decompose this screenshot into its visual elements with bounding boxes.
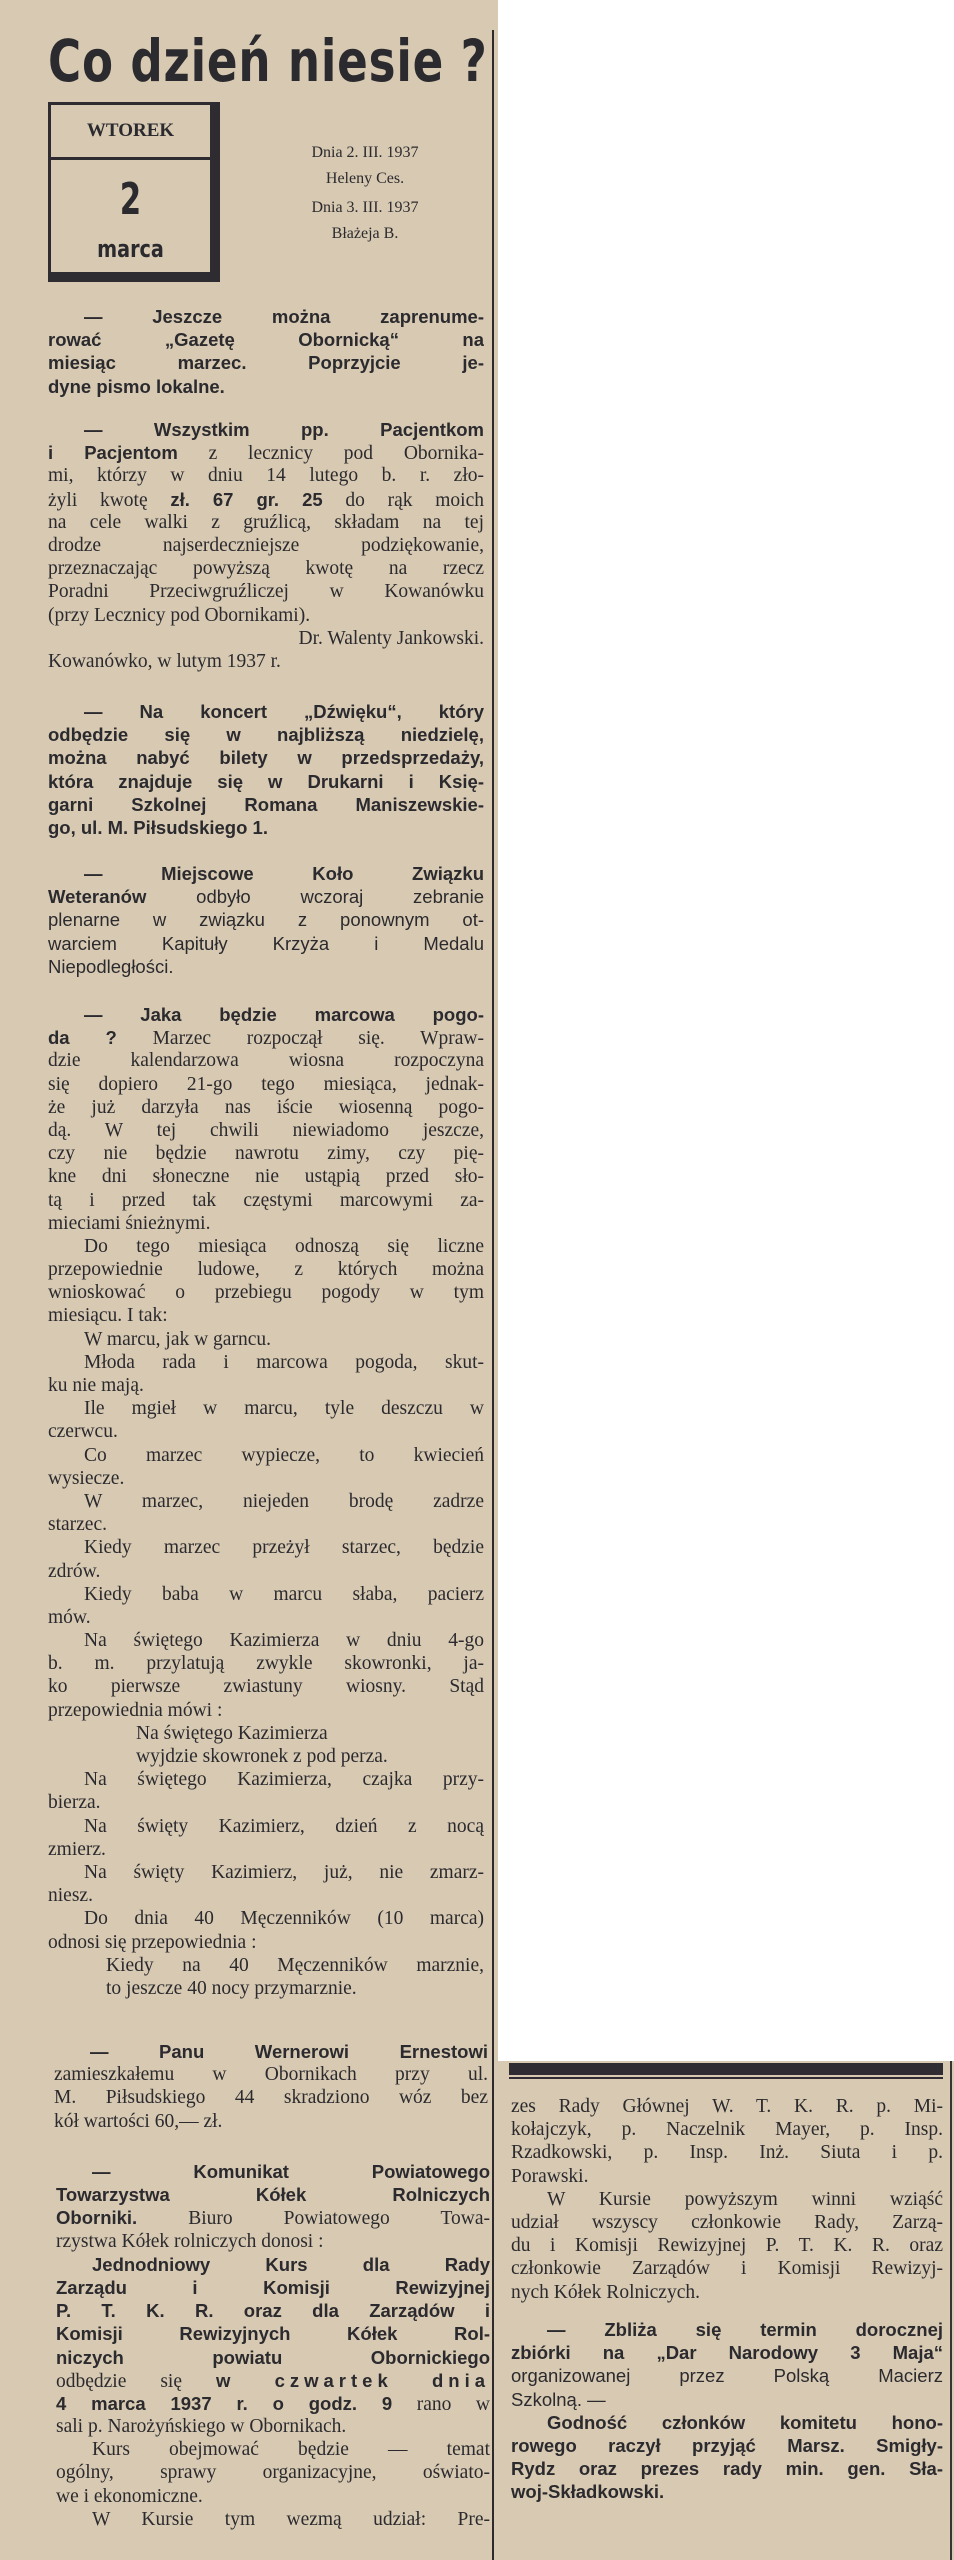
article-line: Porawski. — [511, 2165, 943, 2188]
article-line: kół wartości 60,— zł. — [54, 2110, 488, 2133]
event-date: 4 marca 1937 r. o godz. 9 — [56, 2393, 392, 2414]
proverb-line: bierza. — [48, 1791, 484, 1814]
article-line: Zarządu i Komisji Rewizyjnej — [56, 2276, 490, 2299]
proverb-line: zdrów. — [48, 1560, 484, 1583]
article-line: kne dni słoneczne nie ustąpią przed sło- — [48, 1165, 484, 1188]
article-line: drodze najserdeczniejsze podziękowanie, — [48, 534, 484, 557]
column-border-right — [950, 2061, 952, 2560]
text-fragment: odbyło wczoraj zebranie — [146, 886, 484, 907]
article-line: ogólny, sprawy organizacyjne, oświato- — [56, 2461, 490, 2484]
article-line: Do tego miesiąca odnoszą się liczne — [48, 1235, 484, 1258]
calendar-day-number: 2 — [75, 175, 186, 225]
article-line: się dopiero 21-go tego miesiąca, jednak- — [48, 1073, 484, 1096]
article-headline: — Miejscowe Koło Związku — [48, 862, 484, 885]
article-line: miesiącu. I tak: — [48, 1304, 484, 1327]
article-line: Rydz oraz prezes rady min. gen. Sła- — [511, 2457, 943, 2480]
text-fragment: Marzec rozpoczął się. Wpraw- — [117, 1028, 484, 1049]
name-day: Heleny Ces. — [270, 166, 460, 192]
article-subscription: — Jeszcze można zaprenume- rować „Gazetę… — [48, 305, 484, 398]
calendar-box: WTOREK 2 marca — [48, 102, 220, 282]
article-veterans: — Miejscowe Koło Związku Weteranów odbył… — [48, 862, 484, 978]
article-komunikat-continued: zes Rady Głównej W. T. K. R. p. Mi- koła… — [511, 2095, 943, 2304]
article-line: warciem Kapituły Krzyża i Medalu — [48, 932, 484, 955]
proverb-line: to jeszcze 40 nocy przymarznie. — [48, 1977, 484, 2000]
article-line: miesiąc marzec. Poprzyjcie je- — [48, 351, 484, 374]
article-line: zes Rady Głównej W. T. K. R. p. Mi- — [511, 2095, 943, 2118]
event-day: w czwartek dnia — [216, 2370, 490, 2391]
article-headline: Towarzystwa Kółek Rolniczych — [56, 2183, 490, 2206]
headline-fragment: i Pacjentom — [48, 442, 178, 463]
article-line: zamieszkałemu w Obornikach przy ul. — [54, 2063, 488, 2086]
headline-fragment: da ? — [48, 1027, 117, 1048]
amount: zł. 67 gr. 25 — [170, 489, 322, 510]
proverb-line: wysiecze. — [48, 1467, 484, 1490]
article-line: go, ul. M. Piłsudskiego 1. — [48, 816, 484, 839]
article-line: ko pierwsze zwiastuny wiosny. Stąd — [48, 1675, 484, 1698]
article-headline: — Komunikat Powiatowego — [56, 2160, 490, 2183]
article-line: wnioskować o przebiegu pogody w tym — [48, 1281, 484, 1304]
article-line: dzie kalendarzowa wiosna rozpoczyna — [48, 1049, 484, 1072]
article-line: (przy Lecznicy pod Obornikami). — [48, 604, 484, 627]
article-line: i Pacjentom z lecznicy pod Obornika- — [48, 441, 484, 464]
article-line: b. m. przylatują zwykle skowronki, ja- — [48, 1652, 484, 1675]
article-line: plenarne w związku z ponownym ot- — [48, 908, 484, 931]
name-day: Błażeja B. — [270, 221, 460, 247]
headline-fragment: Oborniki. — [56, 2207, 137, 2228]
text-fragment: do rąk moich — [323, 490, 484, 511]
article-line: 4 marca 1937 r. o godz. 9 rano w — [56, 2392, 490, 2415]
article-line: rzystwa Kółek rolniczych donosi : — [56, 2230, 490, 2253]
article-headline: — Zbliża się termin dorocznej — [511, 2318, 943, 2341]
proverb-line: starzec. — [48, 1513, 484, 1536]
article-line: woj-Składkowski. — [511, 2480, 943, 2503]
date-line: Dnia 2. III. 1937 — [270, 140, 460, 166]
article-line: Godność członków komitetu hono- — [511, 2411, 943, 2434]
article-line: niczych powiatu Obornickiego — [56, 2346, 490, 2369]
article-line: we i ekonomiczne. — [56, 2485, 490, 2508]
text-fragment: z lecznicy pod Obornika- — [178, 443, 484, 464]
proverb-line: W marcu, jak w garncu. — [48, 1328, 484, 1351]
article-line: dą. W tej chwili niewiadomo jeszcze, — [48, 1119, 484, 1142]
article-theft: — Panu Wernerowi Ernestowi zamieszkałemu… — [54, 2040, 488, 2133]
name-days: Dnia 2. III. 1937 Heleny Ces. Dnia 3. II… — [270, 140, 460, 247]
signature: Dr. Walenty Jankowski. — [48, 627, 484, 650]
article-line: Rzadkowski, p. Insp. Inż. Siuta i p. — [511, 2141, 943, 2164]
text-fragment: Biuro Powiatowego Towa- — [137, 2208, 490, 2229]
article-headline: — Jaka będzie marcowa pogo- — [48, 1003, 484, 1026]
article-line: organizowanej przez Polską Macierz — [511, 2364, 943, 2387]
article-line: Oborniki. Biuro Powiatowego Towa- — [56, 2206, 490, 2229]
text-fragment: , który — [397, 701, 484, 722]
article-line: przeznaczając powyższą kwotę na rzecz — [48, 557, 484, 580]
article-line: dyne pismo lokalne. — [48, 375, 484, 398]
calendar-weekday: WTOREK — [51, 105, 210, 160]
column-header-bar — [509, 2063, 943, 2075]
article-line: członkowie Zarządów i Komisji Rewizyj- — [511, 2257, 943, 2280]
article-line: nych Kółek Rolniczych. — [511, 2281, 943, 2304]
article-line: W Kursie powyższym winni wziąść — [511, 2188, 943, 2211]
article-line: Jednodniowy Kurs dla Rady — [56, 2253, 490, 2276]
article-line: tą i przed tak częstymi marcowymi za- — [48, 1189, 484, 1212]
article-line: da ? Marzec rozpoczął się. Wpraw- — [48, 1026, 484, 1049]
article-line: czy nie będzie nawrotu zimy, czy pię- — [48, 1142, 484, 1165]
article-line: garni Szkolnej Romana Maniszewskie- — [48, 793, 484, 816]
proverb-line: Na święty Kazimierz, już, nie zmarz- — [48, 1861, 484, 1884]
headline-fragment: — Na koncert „Dźwięku“ — [84, 701, 397, 722]
article-line: — Na koncert „Dźwięku“, który — [48, 700, 484, 723]
date-line: Dnia 3. III. 1937 — [270, 195, 460, 221]
article-line: rować „Gazetę Obornicką“ na — [48, 328, 484, 351]
article-line: du i Komisji Rewizyjnej P. T. K. R. oraz — [511, 2234, 943, 2257]
calendar-month: marca — [67, 235, 194, 263]
article-line: mieciami śnieżnymi. — [48, 1212, 484, 1235]
article-line: Niepodległości. — [48, 955, 484, 978]
article-line: żyli kwotę zł. 67 gr. 25 do rąk moich — [48, 488, 484, 511]
article-line: Szkolną. — — [511, 2388, 943, 2411]
proverb-line: mów. — [48, 1606, 484, 1629]
text-fragment: żyli kwotę — [48, 490, 170, 511]
article-line: na cele walki z gruźlicą, składam na tej — [48, 511, 484, 534]
article-dar-narodowy: — Zbliża się termin dorocznej zbiórki na… — [511, 2318, 943, 2504]
proverb-line: wyjdzie skowronek z pod perza. — [48, 1745, 484, 1768]
article-headline: — Wszystkim pp. Pacjentkom — [48, 418, 484, 441]
article-line: Weteranów odbyło wczoraj zebranie — [48, 885, 484, 908]
article-line: która znajduje się w Drukarni i Księ- — [48, 770, 484, 793]
article-line: Komisji Rewizyjnych Kółek Rol- — [56, 2322, 490, 2345]
article-komunikat: — Komunikat Powiatowego Towarzystwa Kółe… — [56, 2160, 490, 2531]
text-fragment: rano w — [392, 2394, 490, 2415]
proverb-line: Co marzec wypiecze, to kwiecień — [48, 1444, 484, 1467]
proverb-line: Na świętego Kazimierza, czajka przy- — [48, 1768, 484, 1791]
proverb-line: ku nie mają. — [48, 1374, 484, 1397]
article-line: kołajczyk, p. Naczelnik Mayer, p. Insp. — [511, 2118, 943, 2141]
article-line: mi, którzy w dniu 14 lutego b. r. zło- — [48, 464, 484, 487]
place-date: Kowanówko, w lutym 1937 r. — [48, 650, 484, 673]
proverb-line: niesz. — [48, 1884, 484, 1907]
article-headline: zbiórki na „Dar Narodowy 3 Maja“ — [511, 2341, 943, 2364]
article-line: udział wszyscy członkowie Rady, Zarzą- — [511, 2211, 943, 2234]
headline-fragment: Weteranów — [48, 886, 146, 907]
text-fragment: odbędzie się — [56, 2371, 216, 2392]
article-line: Do dnia 40 Męczenników (10 marca) — [48, 1907, 484, 1930]
article-line: przepowiednie ludowe, z których można — [48, 1258, 484, 1281]
article-line: — Jeszcze można zaprenume- — [48, 305, 484, 328]
article-line: Poradni Przeciwgruźliczej w Kowanówku — [48, 580, 484, 603]
column-divider — [492, 30, 494, 2560]
article-line: przepowiednia mówi : — [48, 1699, 484, 1722]
article-line: P. T. K. R. oraz dla Zarządów i — [56, 2299, 490, 2322]
article-patients-thanks: — Wszystkim pp. Pacjentkom i Pacjentom z… — [48, 418, 484, 673]
article-concert: — Na koncert „Dźwięku“, który odbędzie s… — [48, 700, 484, 839]
article-line: W Kursie tym wezmą udział: Pre- — [56, 2508, 490, 2531]
article-line: Na świętego Kazimierza w dniu 4-go — [48, 1629, 484, 1652]
article-line: Kurs obejmować będzie — temat — [56, 2438, 490, 2461]
proverb-line: zmierz. — [48, 1838, 484, 1861]
proverb-line: Kiedy na 40 Męczenników marznie, — [48, 1954, 484, 1977]
proverb-line: Kiedy marzec przeżył starzec, będzie — [48, 1536, 484, 1559]
proverb-line: Na świętego Kazimierza — [48, 1722, 484, 1745]
article-line: sali p. Narożyńskiego w Obornikach. — [56, 2415, 490, 2438]
article-line: odnosi się przepowiednia : — [48, 1931, 484, 1954]
article-line: że już darzyła nas iście wiosenną pogo- — [48, 1096, 484, 1119]
proverb-line: Ile mgieł w marcu, tyle deszczu w — [48, 1397, 484, 1420]
article-headline: — Panu Wernerowi Ernestowi — [54, 2040, 488, 2063]
proverb-line: Kiedy baba w marcu słaba, pacierz — [48, 1583, 484, 1606]
article-line: odbędzie się w czwartek dnia — [56, 2369, 490, 2392]
section-title: Co dzień niesie ? — [48, 28, 391, 94]
proverb-line: czerwcu. — [48, 1420, 484, 1443]
article-line: rowego raczył przyjąć Marsz. Smigły- — [511, 2434, 943, 2457]
proverb-line: W marzec, niejeden brodę zadrze — [48, 1490, 484, 1513]
proverb-line: Młoda rada i marcowa pogoda, skut- — [48, 1351, 484, 1374]
article-line: można nabyć bilety w przedsprzedaży, — [48, 746, 484, 769]
column-header-rule — [509, 2077, 943, 2079]
article-line: M. Piłsudskiego 44 skradziono wóz bez — [54, 2086, 488, 2109]
proverb-line: Na święty Kazimierz, dzień z nocą — [48, 1815, 484, 1838]
article-line: odbędzie się w najbliższą niedzielę, — [48, 723, 484, 746]
article-weather: — Jaka będzie marcowa pogo- da ? Marzec … — [48, 1003, 484, 2000]
